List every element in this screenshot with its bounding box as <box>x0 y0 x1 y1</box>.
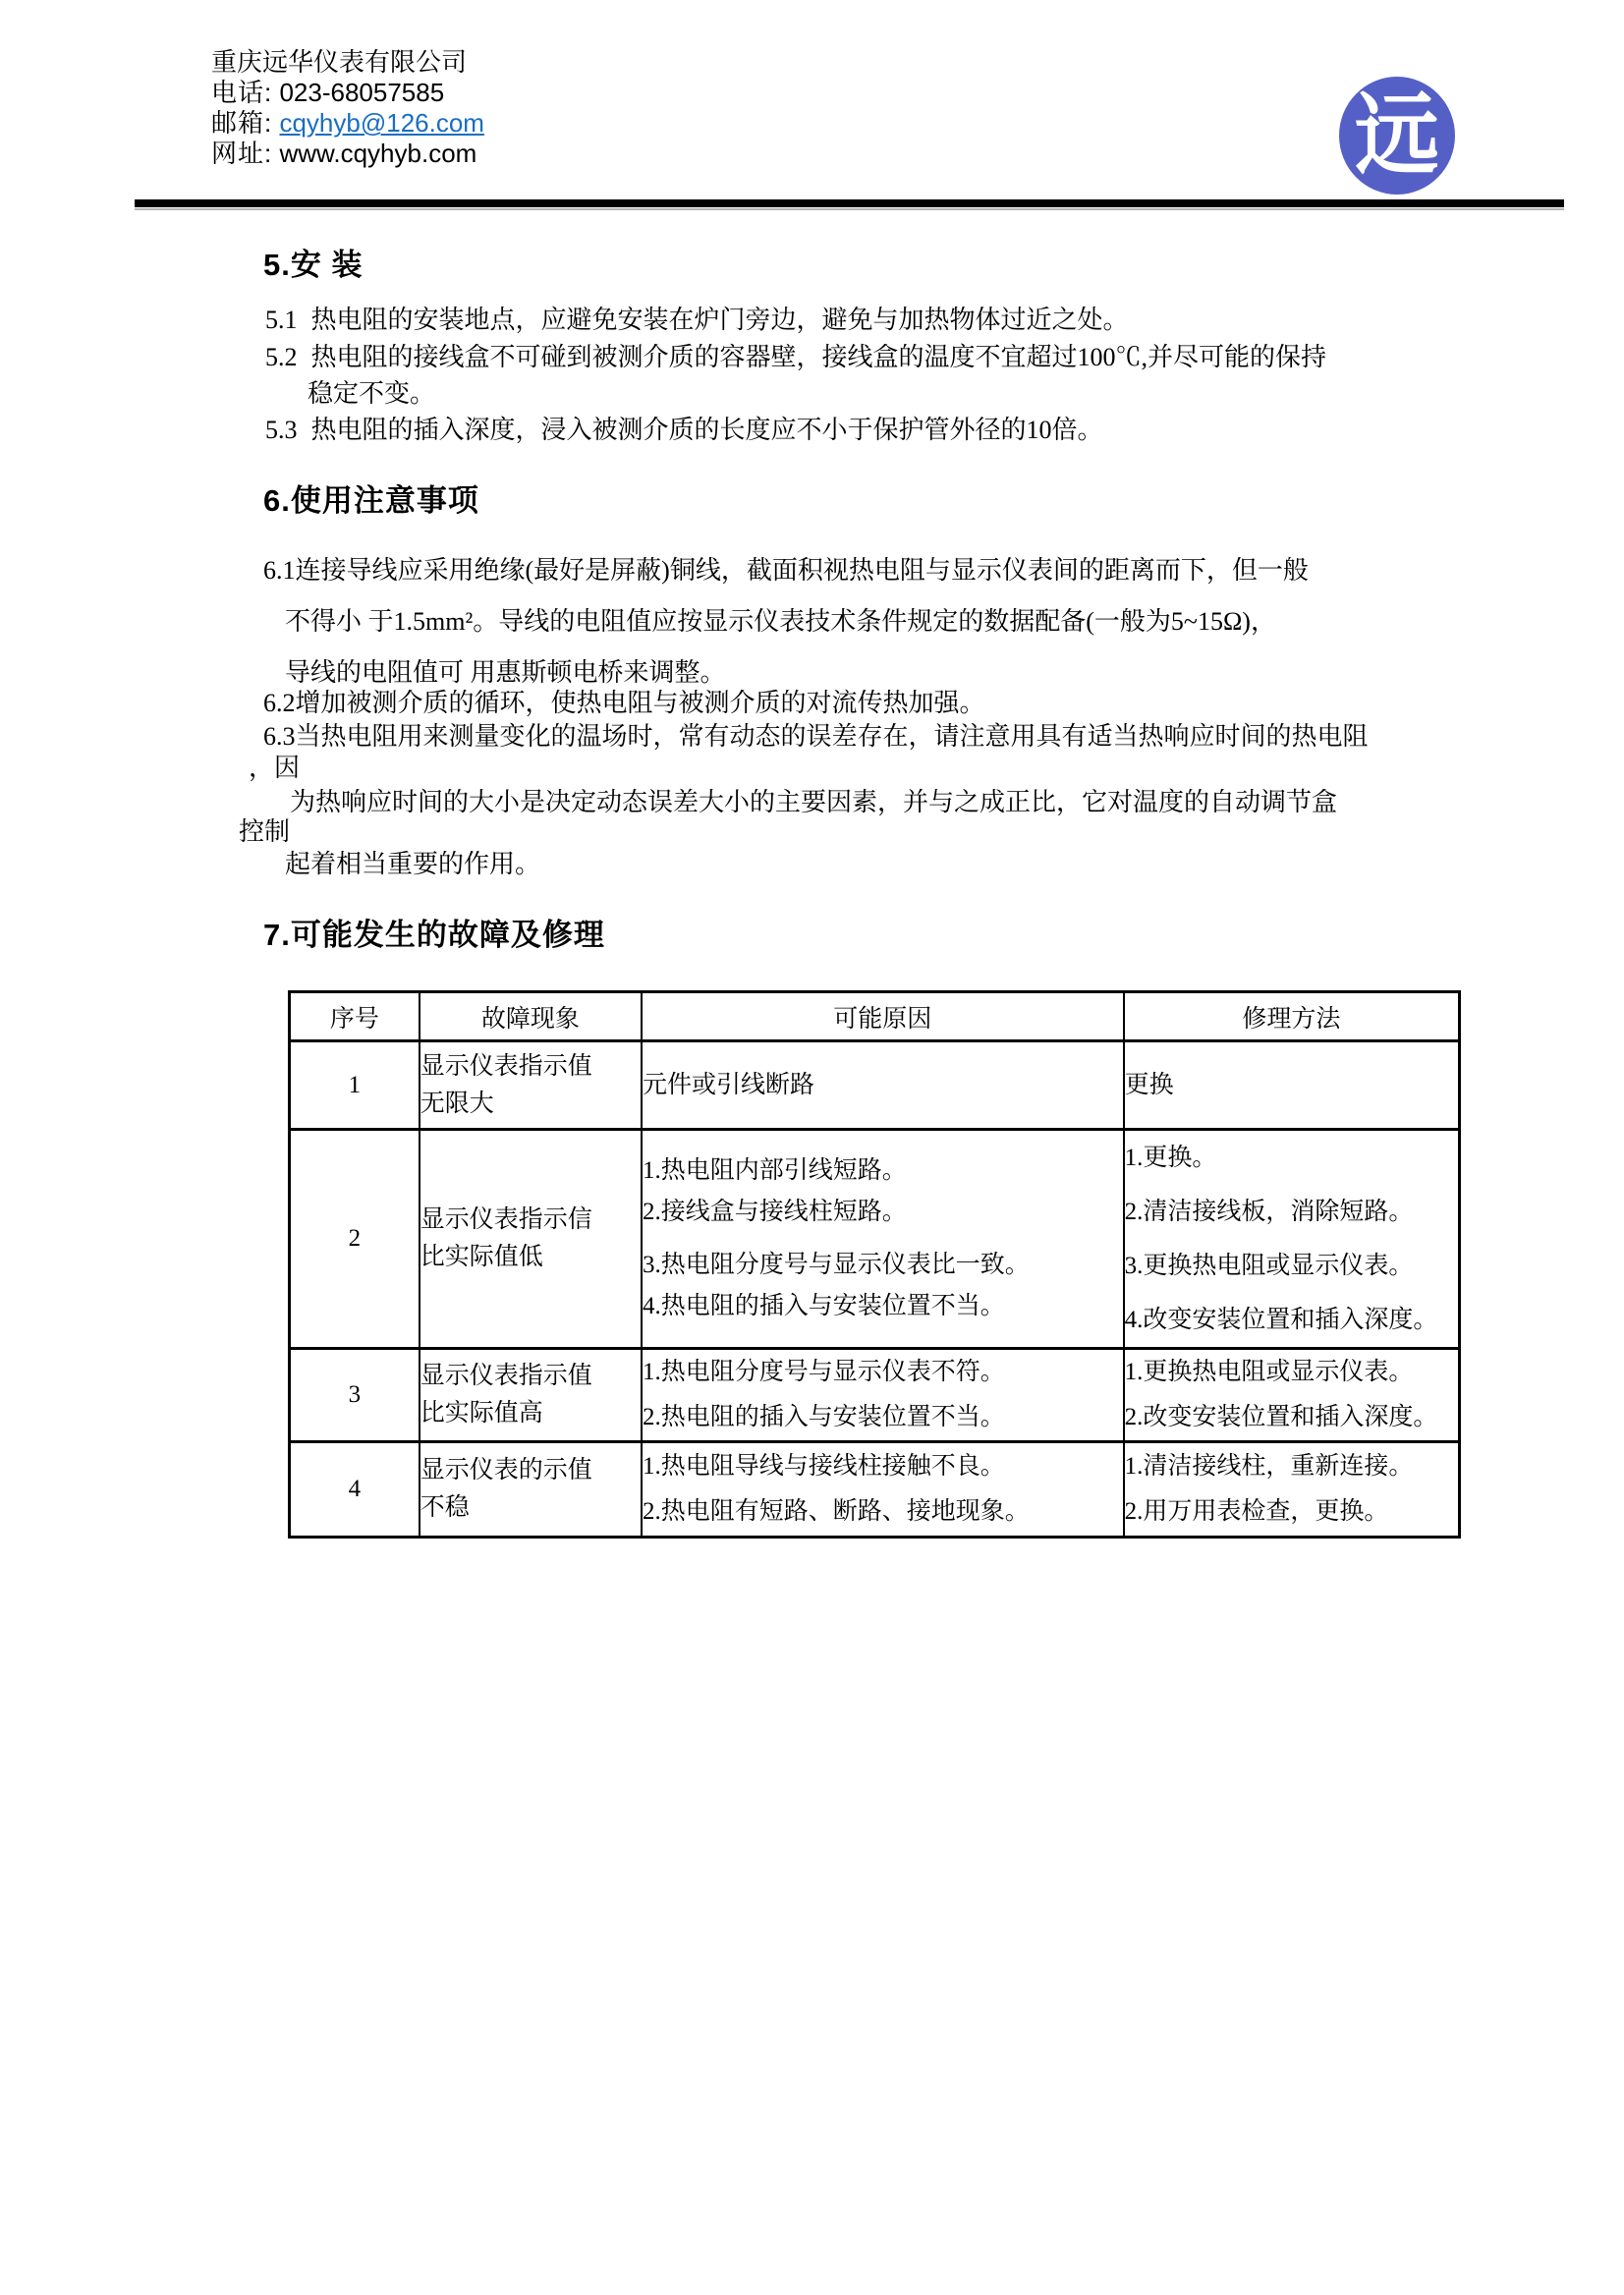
table-header-row: 序号 故障现象 可能原因 修理方法 <box>290 992 1460 1041</box>
row-causes: 1.热电阻内部引线短路。 2.接线盒与接线柱短路。 3.热电阻分度号与显示仪表比… <box>642 1130 1124 1349</box>
fix-line: 更换 <box>1125 1063 1458 1108</box>
cause-line: 2.热电阻的插入与安装位置不当。 <box>643 1395 1123 1440</box>
section-6-heading: 6.使用注意事项 <box>263 476 479 520</box>
phone-number: 023-68057585 <box>279 78 444 107</box>
cause-line: 1.热电阻导线与接线柱接触不良。 <box>643 1444 1123 1489</box>
row-fixes: 1.更换热电阻或显示仪表。 2.改变安装位置和插入深度。 <box>1124 1349 1460 1442</box>
table-row: 4 显示仪表的示值 不稳 1.热电阻导线与接线柱接触不良。 2.热电阻有短路、断… <box>290 1442 1460 1538</box>
symptom-line: 比实际值低 <box>420 1239 641 1276</box>
fix-line: 2.改变安装位置和插入深度。 <box>1125 1395 1458 1440</box>
fault-repair-table: 序号 故障现象 可能原因 修理方法 1 显示仪表指示值 无限大 元件或引线断路 … <box>288 990 1461 1539</box>
item-5-2-text: 热电阻的接线盒不可碰到被测介质的容器壁，接线盒的温度不宜超过100℃,并尽可能的… <box>311 343 1327 371</box>
fix-line: 3.更换热电阻或显示仪表。 <box>1125 1239 1458 1293</box>
row-symptom: 显示仪表的示值 不稳 <box>420 1442 642 1538</box>
letterhead: 重庆远华仪表有限公司 电话: 023-68057585 邮箱: cqyhyb@1… <box>211 47 484 169</box>
row-fixes: 1.清洁接线柱，重新连接。 2.用万用表检查，更换。 <box>1124 1442 1460 1538</box>
website-label: 网址: <box>211 139 272 168</box>
item-5-3-number: 5.3 <box>265 416 298 444</box>
header-divider <box>135 199 1564 207</box>
fix-line: 4.改变安装位置和插入深度。 <box>1125 1293 1458 1347</box>
item-5-3: 5.3热电阻的插入深度，浸入被测介质的长度应不小于保护管外径的10倍。 <box>265 410 1103 446</box>
cause-line: 4.热电阻的插入与安装位置不当。 <box>643 1286 1123 1327</box>
row-symptom: 显示仪表指示值 比实际值高 <box>420 1349 642 1442</box>
phone-line: 电话: 023-68057585 <box>211 78 484 107</box>
item-6-3-line-1: 6.3当热电阻用来测量变化的温场时，常有动态的误差存在，请注意用具有适当热响应时… <box>263 716 1369 753</box>
row-causes: 元件或引线断路 <box>642 1041 1124 1130</box>
item-6-3-line-4: 控制 <box>239 812 290 848</box>
symptom-line: 显示仪表指示信 <box>420 1202 641 1239</box>
company-name: 重庆远华仪表有限公司 <box>211 47 484 77</box>
table-row: 1 显示仪表指示值 无限大 元件或引线断路 更换 <box>290 1041 1460 1130</box>
col-header-index: 序号 <box>290 992 420 1041</box>
item-6-2: 6.2增加被测介质的循环，使热电阻与被测介质的对流传热加强。 <box>263 683 985 719</box>
website-url: www.cqyhyb.com <box>279 139 476 168</box>
row-causes: 1.热电阻分度号与显示仪表不符。 2.热电阻的插入与安装位置不当。 <box>642 1349 1124 1442</box>
cause-line: 1.热电阻分度号与显示仪表不符。 <box>643 1350 1123 1395</box>
item-5-3-text: 热电阻的插入深度，浸入被测介质的长度应不小于保护管外径的10倍。 <box>311 416 1103 444</box>
fix-line: 1.更换。 <box>1125 1131 1458 1185</box>
table-row: 2 显示仪表指示信 比实际值低 1.热电阻内部引线短路。 2.接线盒与接线柱短路… <box>290 1130 1460 1349</box>
row-fixes: 1.更换。 2.清洁接线板，消除短路。 3.更换热电阻或显示仪表。 4.改变安装… <box>1124 1130 1460 1349</box>
symptom-line: 比实际值高 <box>420 1395 641 1432</box>
col-header-symptom: 故障现象 <box>420 992 642 1041</box>
phone-label: 电话: <box>211 78 272 107</box>
row-number: 3 <box>290 1349 420 1442</box>
row-causes: 1.热电阻导线与接线柱接触不良。 2.热电阻有短路、断路、接地现象。 <box>642 1442 1124 1538</box>
row-symptom: 显示仪表指示值 无限大 <box>420 1041 642 1130</box>
row-number: 1 <box>290 1041 420 1130</box>
website-line: 网址: www.cqyhyb.com <box>211 139 484 168</box>
company-seal-logo: 远 <box>1339 77 1455 195</box>
symptom-line: 显示仪表指示值 <box>420 1358 641 1395</box>
symptom-line: 不稳 <box>420 1489 641 1527</box>
header-divider-shadow <box>135 208 1564 210</box>
cause-line: 元件或引线断路 <box>643 1063 1123 1108</box>
item-5-1-text: 热电阻的安装地点，应避免安装在炉门旁边，避免与加热物体过近之处。 <box>311 306 1129 334</box>
col-header-cause: 可能原因 <box>642 992 1124 1041</box>
row-number: 4 <box>290 1442 420 1538</box>
symptom-line: 显示仪表的示值 <box>420 1452 641 1489</box>
cause-line: 3.热电阻分度号与显示仪表比一致。 <box>643 1245 1123 1286</box>
item-5-2: 5.2热电阻的接线盒不可碰到被测介质的容器壁，接线盒的温度不宜超过100℃,并尽… <box>265 337 1326 373</box>
email-label: 邮箱: <box>211 108 272 138</box>
section-7-heading: 7.可能发生的故障及修理 <box>263 910 605 954</box>
email-line: 邮箱: cqyhyb@126.com <box>211 108 484 138</box>
fix-line: 2.用万用表检查，更换。 <box>1125 1489 1458 1535</box>
row-symptom: 显示仪表指示信 比实际值低 <box>420 1130 642 1349</box>
fix-line: 2.清洁接线板，消除短路。 <box>1125 1185 1458 1239</box>
item-6-3-line-5: 起着相当重要的作用。 <box>285 844 540 880</box>
email-link[interactable]: cqyhyb@126.com <box>279 108 484 138</box>
item-6-1-line-1: 6.1连接导线应采用绝缘(最好是屏蔽)铜线，截面积视热电阻与显示仪表间的距离而下… <box>263 550 1309 587</box>
symptom-line: 无限大 <box>420 1086 641 1123</box>
fix-line: 1.更换热电阻或显示仪表。 <box>1125 1350 1458 1395</box>
item-5-1: 5.1热电阻的安装地点，应避免安装在炉门旁边，避免与加热物体过近之处。 <box>265 300 1129 336</box>
cause-line: 1.热电阻内部引线短路。 <box>643 1150 1123 1192</box>
col-header-fix: 修理方法 <box>1124 992 1460 1041</box>
item-5-1-number: 5.1 <box>265 306 298 334</box>
item-5-2-continued: 稳定不变。 <box>308 373 435 410</box>
fix-line: 1.清洁接线柱，重新连接。 <box>1125 1444 1458 1489</box>
seal-character-icon: 远 <box>1355 91 1439 180</box>
row-fixes: 更换 <box>1124 1041 1460 1130</box>
symptom-line: 显示仪表指示值 <box>420 1048 641 1086</box>
item-6-3-line-2: ，因 <box>249 748 300 784</box>
section-5-heading: 5.安 装 <box>263 240 363 284</box>
item-6-3-line-3: 为热响应时间的大小是决定动态误差大小的主要因素，并与之成正比，它对温度的自动调节… <box>290 782 1337 818</box>
item-5-2-number: 5.2 <box>265 343 298 371</box>
item-6-1-line-2: 不得小 于1.5mm²。导线的电阻值应按显示仪表技术条件规定的数据配备(一般为5… <box>285 601 1276 638</box>
table-row: 3 显示仪表指示值 比实际值高 1.热电阻分度号与显示仪表不符。 2.热电阻的插… <box>290 1349 1460 1442</box>
cause-line: 2.热电阻有短路、断路、接地现象。 <box>643 1489 1123 1535</box>
cause-line: 2.接线盒与接线柱短路。 <box>643 1192 1123 1233</box>
row-number: 2 <box>290 1130 420 1349</box>
